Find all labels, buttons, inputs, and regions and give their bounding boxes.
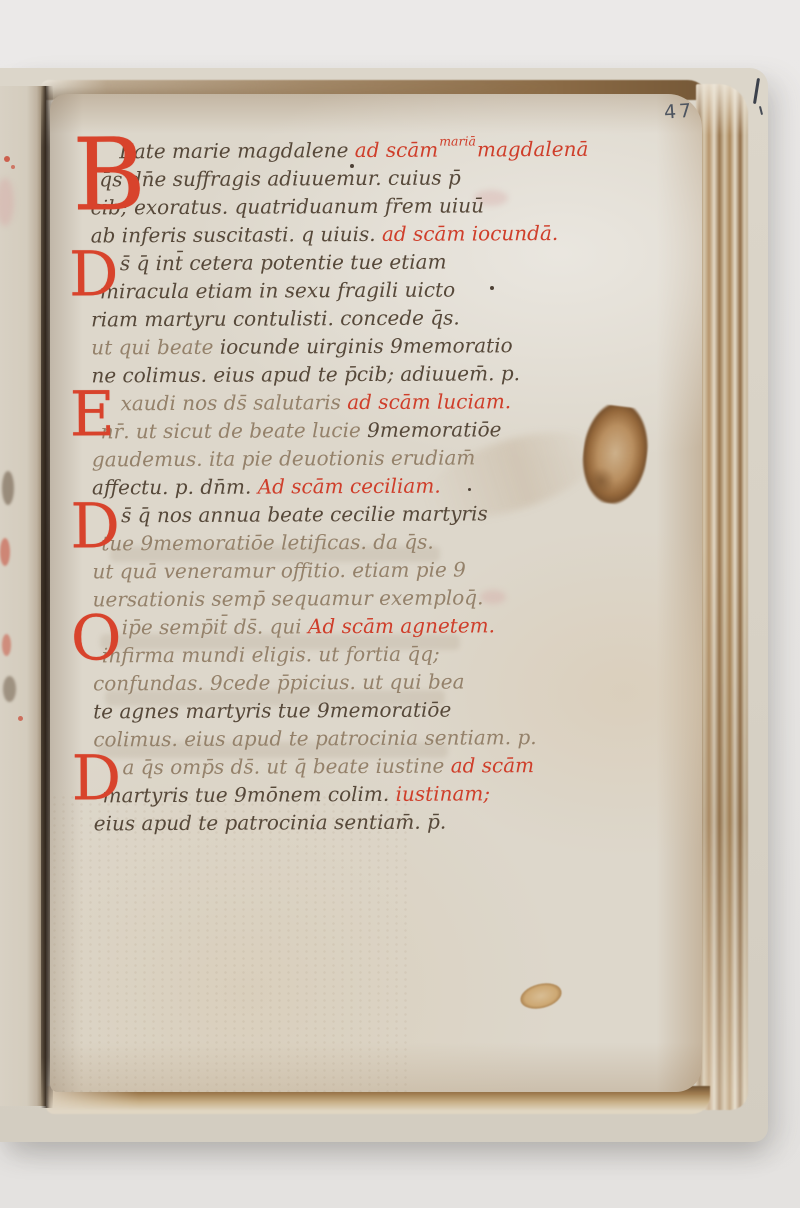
text-line: ut qui beate iocunde uirginis 9memoratio (85, 331, 645, 362)
text-segment: s̄ q̄ nos annua beate cecilie martyris (121, 501, 488, 527)
rubric-segment: iustinam; (396, 781, 491, 805)
prayer-section: Ds̄ q̄ nos annua beate cecilie martyrist… (86, 499, 647, 614)
text-segment: colimus. eius apud te patrocinia sentiam… (93, 725, 536, 751)
text-line: miracula etiam in sexu fragili uicto (85, 275, 645, 306)
text-segment: nr̄. ut sicut de beate lucie (101, 418, 368, 443)
text-line: s̄ q̄ nos annua beate cecilie martyris (86, 499, 646, 530)
text-segment: ne colimus. eius apud te p̄cib; adiuuem̄… (91, 361, 520, 387)
text-segment: te agnes martyris tue 9memoratiōe (93, 698, 451, 724)
illuminated-initial: D (69, 245, 119, 303)
rubric-segment: magdalenā (477, 137, 589, 162)
rubric-segment: ad scām iocundā. (382, 221, 558, 246)
text-line: cib; exoratus. quatriduanum fr̄em uiuū (84, 191, 644, 222)
folio-number: 47 (663, 98, 702, 123)
text-segment: q̄s dn̄e suffragis adiuuemur. cuius p̄ (99, 165, 460, 191)
rubric-segment: ad scām (355, 138, 439, 162)
text-line: s̄ q̄ int̄ cetera potentie tue etiam (85, 247, 645, 278)
text-line: a q̄s omp̄s ds̄. ut q̄ beate iustine ad … (87, 751, 647, 782)
text-line: uersationis semp̄ sequamur exemploq̄. (87, 583, 647, 614)
text-segment: tue 9memoratiōe letificas. da q̄s. (101, 530, 434, 556)
facing-page-red-mark (2, 634, 11, 656)
text-line: colimus. eius apud te patrocinia sentiam… (87, 723, 647, 754)
text-line: eius apud te patrocinia sentiam̄. p̄. (88, 807, 648, 838)
text-segment: xaudi nos ds̄ salutaris (121, 390, 348, 415)
text-segment: cib; exoratus. quatriduanum fr̄em uiuū (90, 193, 484, 219)
text-segment: a q̄s omp̄s ds̄. ut q̄ beate iustine (122, 754, 450, 780)
prayer-section: Ds̄ q̄ int̄ cetera potentie tue etiammir… (85, 247, 646, 390)
text-segment: confundas. 9cede p̄picius. ut qui bea (93, 669, 465, 695)
text-segment: martyris tue 9mōnem colim. (103, 782, 396, 808)
rubric-segment: mariā (439, 127, 476, 155)
photo-backdrop: 47 BEate marie magdalene ad scāmmariāmag… (0, 0, 800, 1208)
text-segment: infirma mundi eligis. ut fortia q̄q; (102, 642, 440, 668)
text-block: BEate marie magdalene ad scāmmariāmagdal… (84, 135, 648, 838)
text-segment: eius apud te patrocinia sentiam̄. p̄. (94, 810, 447, 836)
text-line: xaudi nos ds̄ salutaris ad scām luciam. (85, 387, 645, 418)
text-segment: uersationis semp̄ sequamur exemploq̄. (93, 585, 484, 611)
facing-page-pink-smudge (0, 178, 14, 226)
text-segment: s̄ q̄ int̄ cetera potentie tue etiam (120, 250, 447, 276)
illuminated-initial: D (71, 749, 121, 807)
text-segment: gaudemus. ita pie deuotionis erudiam̄ (92, 445, 476, 471)
text-segment: ut qui beate (91, 335, 220, 360)
text-segment: iocunde uirginis 9memoratio (220, 333, 513, 359)
illuminated-initial: E (69, 385, 115, 443)
facing-page-red-dot (4, 156, 10, 162)
text-line: riam martyru contulisti. concede q̄s. (85, 303, 645, 334)
rubric-segment: ad scām (451, 753, 535, 777)
text-segment: ut quā veneramur offitio. etiam pie 9 (92, 557, 466, 583)
parchment-follicle-texture (50, 794, 410, 1092)
text-line: nr̄. ut sicut de beate lucie 9memoratiōe (86, 415, 646, 446)
text-line: q̄s dn̄e suffragis adiuuemur. cuius p̄ (84, 163, 644, 194)
facing-page-red-mark (0, 538, 10, 566)
text-line: ip̄e semp̄it̄ ds̄. qui Ad scām agnetem. (87, 611, 647, 642)
facing-page-text-remnant (2, 471, 14, 505)
manuscript-page: 47 BEate marie magdalene ad scāmmariāmag… (50, 94, 702, 1092)
text-line: Eate marie magdalene ad scāmmariāmagdale… (84, 135, 644, 166)
prayer-section: Oip̄e semp̄it̄ ds̄. qui Ad scām agnetem.… (87, 611, 648, 754)
text-line: ab inferis suscitasti. q uiuis. ad scām … (85, 219, 645, 250)
text-segment: miracula etiam in sexu fragili uicto (100, 278, 455, 304)
prayer-section: BEate marie magdalene ad scāmmariāmagdal… (84, 135, 645, 250)
text-line: affectu. p. dn̄m. Ad scām ceciliam. (86, 471, 646, 502)
illuminated-initial: O (71, 609, 122, 667)
prayer-section: Exaudi nos ds̄ salutaris ad scām luciam.… (85, 387, 646, 502)
facing-page-red-dot (18, 716, 23, 721)
text-line: martyris tue 9mōnem colim. iustinam; (88, 779, 648, 810)
rubric-segment: ad scām luciam. (347, 389, 511, 414)
text-line: ne colimus. eius apud te p̄cib; adiuuem̄… (85, 359, 645, 390)
facing-page-sliver (0, 86, 46, 1106)
text-segment: ip̄e semp̄it̄ ds̄. qui (122, 614, 308, 639)
facing-page-text-remnant (3, 676, 16, 702)
illuminated-initial: B (72, 129, 146, 221)
text-line: infirma mundi eligis. ut fortia q̄q; (87, 639, 647, 670)
facing-page-red-dot (11, 165, 15, 169)
page-stack-fore-edge (696, 84, 748, 1110)
text-segment: riam martyru contulisti. concede q̄s. (91, 306, 460, 332)
text-line: ut quā veneramur offitio. etiam pie 9 (86, 555, 646, 586)
stain-small-oval (518, 979, 565, 1012)
text-line: te agnes martyris tue 9memoratiōe (87, 695, 647, 726)
prayer-section: Da q̄s omp̄s ds̄. ut q̄ beate iustine ad… (87, 751, 647, 838)
text-line: gaudemus. ita pie deuotionis erudiam̄ (86, 443, 646, 474)
text-line: confundas. 9cede p̄picius. ut qui bea (87, 667, 647, 698)
text-line: tue 9memoratiōe letificas. da q̄s. (86, 527, 646, 558)
rubric-segment: Ad scām ceciliam. (258, 474, 441, 499)
text-segment: 9memoratiōe (367, 417, 501, 442)
text-segment: Eate marie magdalene (119, 138, 355, 163)
illuminated-initial: D (70, 497, 120, 555)
rubric-segment: Ad scām agnetem. (308, 613, 495, 638)
